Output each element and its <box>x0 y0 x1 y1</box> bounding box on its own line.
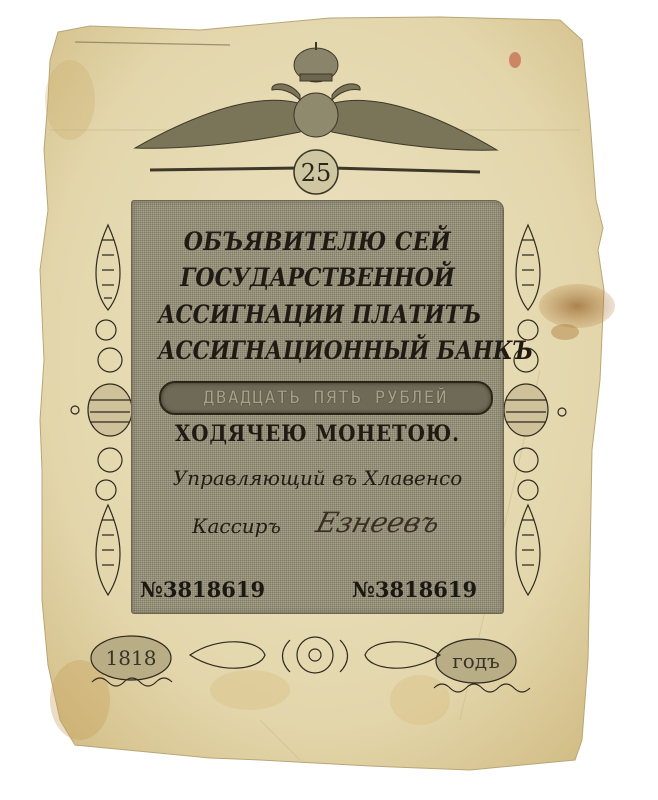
amount-band: двадцать пять рублей <box>159 381 493 415</box>
year-left: 1818 <box>106 646 157 670</box>
payment-line: ходячею монетою. <box>151 421 485 447</box>
serial-number-left: №3818619 <box>140 577 265 602</box>
serial-value: 3818619 <box>375 577 477 602</box>
serial-prefix: № <box>140 577 163 602</box>
year-right: годъ <box>452 649 500 673</box>
director-name: въ Хлавенсо <box>332 466 462 490</box>
text-line-1: Объявителю сей <box>154 227 480 256</box>
serial-value: 3818619 <box>163 577 265 602</box>
banknote: 25 <box>0 0 658 800</box>
serial-prefix: № <box>352 577 375 602</box>
director-label: Управляющий <box>173 466 326 490</box>
text-line-2: Государственной <box>154 263 480 292</box>
cashier-label: Кассиръ <box>192 514 281 538</box>
director-signature: Управляющий въ Хлавенсо <box>132 466 503 490</box>
amount-text: двадцать пять рублей <box>161 383 491 413</box>
stain <box>539 284 615 328</box>
denomination-badge: 25 <box>301 159 332 187</box>
serial-number-right: №3818619 <box>352 577 477 602</box>
text-line-3: Ассигнации платитъ <box>158 300 477 329</box>
text-panel: Объявителю сей Государственной Ассигнаци… <box>131 200 504 614</box>
text-line-4: Ассигнационный Банкъ <box>158 336 477 365</box>
cashier-signature: Езнеевъ <box>313 506 444 539</box>
